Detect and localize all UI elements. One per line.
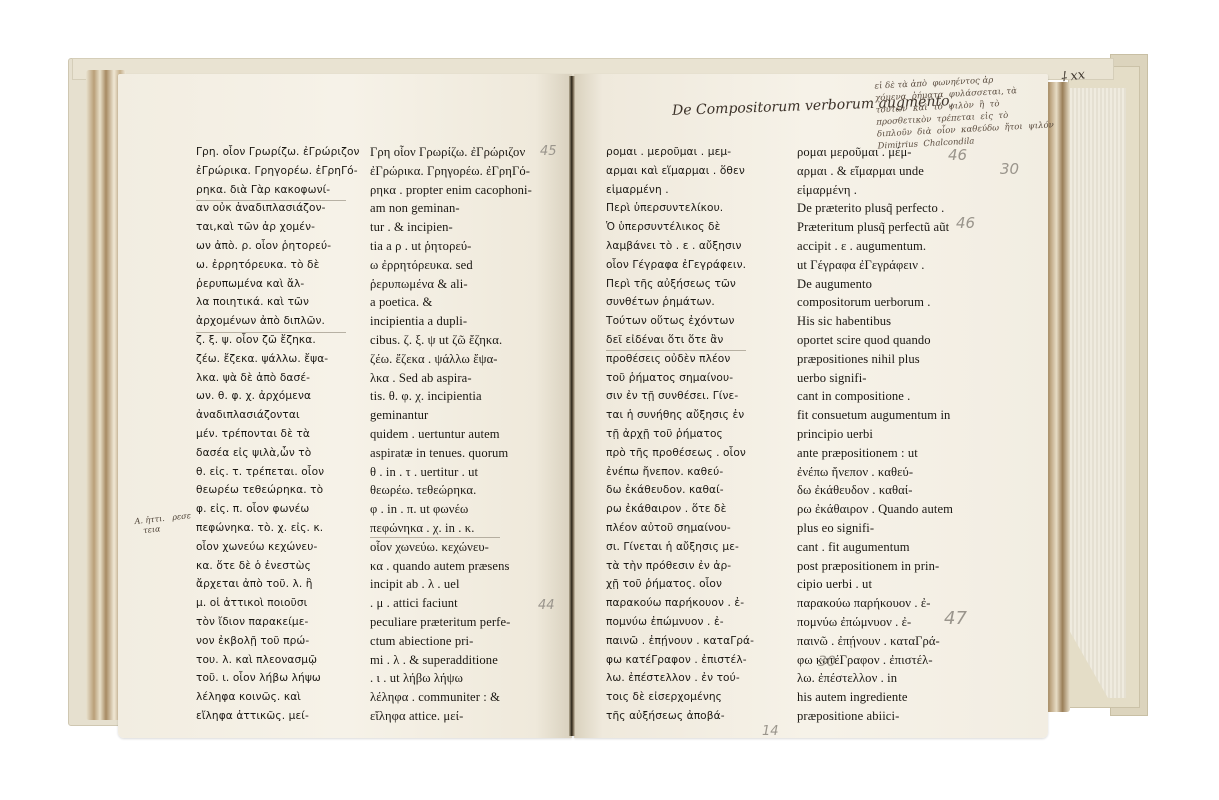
text-line: ω. ἐρρητόρευκα. τὸ δὲ xyxy=(196,256,360,275)
text-line: tur . & incipien- xyxy=(370,218,532,237)
pencil-number: 45 xyxy=(540,144,557,159)
text-line: De præterito plusq̃ perfecto . xyxy=(797,199,953,218)
text-line: ut Γέγραφα ἐΓεγράφειν . xyxy=(797,256,953,275)
text-line: παρακούω παρήκουον . ἐ- xyxy=(797,594,953,613)
text-line: θεωρέω. τεθεώρηκα. xyxy=(370,481,532,500)
text-line: ρω ἐκάθαιρον . ὅτε δὲ xyxy=(606,500,754,519)
text-line: λω. ἐπέστελλον . ἐν τού- xyxy=(606,669,754,688)
text-line: θ . in . τ . uertitur . ut xyxy=(370,463,532,482)
reader-underline xyxy=(370,537,500,538)
text-line: præpositione abiici- xyxy=(797,707,953,726)
text-line: tis. θ. φ. χ. incipientia xyxy=(370,387,532,406)
left-page-greek-column: Γρη. οἷον Γρωρίζω. ἐΓρώριζον ἐΓρώρικα. Γ… xyxy=(196,143,360,726)
text-line: his autem ingrediente xyxy=(797,688,953,707)
text-line: εἴληφα attice. μεί- xyxy=(370,707,532,726)
pencil-number: 46 xyxy=(948,146,967,164)
text-line: του. λ. καὶ πλεονασμῷ xyxy=(196,651,360,670)
text-line: incipit ab . λ . uel xyxy=(370,575,532,594)
text-line: λέληφα . communiter : & xyxy=(370,688,532,707)
text-line: λαμβάνει τὸ . ε . αὔξησιν xyxy=(606,237,754,256)
text-line: ζέω. ἔζεκα . ψάλλω ἔψα- xyxy=(370,350,532,369)
text-line: φ. εἰς. π. οἷον φωνέω xyxy=(196,500,360,519)
folder-folded-paper xyxy=(1066,88,1126,698)
text-line: aspiratæ in tenues. quorum xyxy=(370,444,532,463)
text-line: οἷον χωνεύω. κεχώνευ- xyxy=(370,538,532,557)
text-line: πεφώνηκα . χ. in . κ. xyxy=(370,519,532,538)
text-line: post præpositionem in prin- xyxy=(797,557,953,576)
text-line: νον ἐκβολῇ τοῦ πρώ- xyxy=(196,632,360,651)
text-line: εἱμαρμένη . xyxy=(606,181,754,200)
reader-underline xyxy=(196,332,346,333)
text-line: ται,καὶ τῶν ἀρ χομέν- xyxy=(196,218,360,237)
text-line: τοῦ ῥήματος σημαίνου- xyxy=(606,369,754,388)
text-line: ων ἀπὸ. ρ. οἷον ῥητορεύ- xyxy=(196,237,360,256)
text-line: δω ἐκάθευδον . καθαί- xyxy=(797,481,953,500)
text-line: cibus. ζ. ξ. ψ ut ζῶ ἔζηκα. xyxy=(370,331,532,350)
text-line: cant in compositione . xyxy=(797,387,953,406)
corner-mark: ⸸ xx xyxy=(1059,64,1086,85)
text-line: Γρη οἷον Γρωρίζω. ἐΓρώριζον xyxy=(370,143,532,162)
text-line: εἱμαρμένη . xyxy=(797,181,953,200)
text-line: ρηκα. διὰ Γὰρ κακοφωνί- xyxy=(196,181,360,200)
text-line: cant . fit augumentum xyxy=(797,538,953,557)
text-line: ω ἐρρητόρευκα. sed xyxy=(370,256,532,275)
reader-underline xyxy=(196,200,346,201)
text-line: λκα . Sed ab aspira- xyxy=(370,369,532,388)
text-line: His sic habentibus xyxy=(797,312,953,331)
text-line: δεῖ εἰδέναι ὅτι ὅτε ἂν xyxy=(606,331,754,350)
text-line: πομνύω ἐπώμνυον . ἐ- xyxy=(606,613,754,632)
text-line: ων. θ. φ. χ. ἀρχόμενα xyxy=(196,387,360,406)
text-line: accipit . ε . augumentum. xyxy=(797,237,953,256)
text-line: ante præpositionem : ut xyxy=(797,444,953,463)
text-line: Περὶ ὑπερσυντελίκου. xyxy=(606,199,754,218)
text-line: θεωρέω τεθεώρηκα. τὸ xyxy=(196,481,360,500)
left-page-latin-column: Γρη οἷον Γρωρίζω. ἐΓρώριζον ἐΓρώρικα. Γρ… xyxy=(370,143,532,726)
text-line: φω κατέΓραφον . ἐπιστέλ- xyxy=(606,651,754,670)
text-line: incipientia a dupli- xyxy=(370,312,532,331)
text-line: οἷον Γέγραφα ἐΓεγράφειν. xyxy=(606,256,754,275)
text-line: εἴληφα ἀττικῶς. μεί- xyxy=(196,707,360,726)
text-line: ἐνέπω ἤνεπον. καθεύ- xyxy=(606,463,754,482)
text-line: παινῶ . ἐπῄνουν . καταΓρά- xyxy=(606,632,754,651)
text-line: ζ. ξ. ψ. οἷον ζῶ ἔζηκα. xyxy=(196,331,360,350)
text-line: χῇ τοῦ ῥήματος. οἷον xyxy=(606,575,754,594)
text-line: συνθέτων ῥημάτων. xyxy=(606,293,754,312)
pencil-number: 44 xyxy=(538,598,555,613)
text-line: ῥερυπωμένα & ali- xyxy=(370,275,532,294)
text-line: σιν ἐν τῇ συνθέσει. Γίνε- xyxy=(606,387,754,406)
text-line: ται ἡ συνήθης αὔξησις ἐν xyxy=(606,406,754,425)
text-line: τοῦ. ι. οἷον λήβω λήψω xyxy=(196,669,360,688)
text-line: λα ποιητικά. καὶ τῶν xyxy=(196,293,360,312)
text-line: παινῶ . ἐπῄνουν . καταΓρά- xyxy=(797,632,953,651)
text-line: quidem . uertuntur autem xyxy=(370,425,532,444)
text-line: ῥερυπωμένα καὶ ἄλ- xyxy=(196,275,360,294)
pencil-number: 30 xyxy=(1000,160,1019,178)
text-line: am non geminan- xyxy=(370,199,532,218)
text-line: δασέα εἰς ψιλὰ,ὧν τὸ xyxy=(196,444,360,463)
text-line: προθέσεις οὐδὲν πλέον xyxy=(606,350,754,369)
text-line: ἀρχομένων ἀπὸ διπλῶν. xyxy=(196,312,360,331)
text-line: παρακούω παρήκουον . ἐ- xyxy=(606,594,754,613)
text-line: tia a ρ . ut ῥητορεύ- xyxy=(370,237,532,256)
text-line: αν οὐκ ἀναδιπλασιάζον- xyxy=(196,199,360,218)
text-line: ctum abiectione pri- xyxy=(370,632,532,651)
text-line: τῇ ἀρχῇ τοῦ ῥήματος xyxy=(606,425,754,444)
text-line: τὸν ἴδιον παρακείμε- xyxy=(196,613,360,632)
text-line: λκα. ψὰ δὲ ἀπὸ δασέ- xyxy=(196,369,360,388)
text-line: μ. οἱ ἀττικοὶ ποιοῦσι xyxy=(196,594,360,613)
reader-underline xyxy=(606,350,746,351)
text-line: τοις δὲ εἰσερχομένης xyxy=(606,688,754,707)
text-line: ρω ἐκάθαιρον . Quando autem xyxy=(797,500,953,519)
text-line: τὰ τὴν πρόθεσιν ἐν ἀρ- xyxy=(606,557,754,576)
pencil-number: 47 xyxy=(944,608,967,629)
text-line: oportet scire quod quando xyxy=(797,331,953,350)
text-line: fit consuetum augumentum in xyxy=(797,406,953,425)
text-line: plus eo signifi- xyxy=(797,519,953,538)
text-line: δω ἐκάθευδον. καθαί- xyxy=(606,481,754,500)
text-line: cipio uerbi . ut xyxy=(797,575,953,594)
manuscript-note-top-right: εἰ δὲ τὰ ἀπὸ φωνηέντος ἀρ χόμενα ῥήματα … xyxy=(874,71,1054,152)
text-line: πρὸ τῆς προθέσεως . οἷον xyxy=(606,444,754,463)
text-line: De augumento xyxy=(797,275,953,294)
text-line: πεφώνηκα. τὸ. χ. εἰς. κ. xyxy=(196,519,360,538)
text-line: ζέω. ἔζεκα. ψάλλω. ἔψα- xyxy=(196,350,360,369)
text-line: ἐΓρώρικα. Γρηγορέω. ἐΓρηΓό- xyxy=(196,162,360,181)
text-line: ρηκα . propter enim cacophoni- xyxy=(370,181,532,200)
pencil-number: 46 xyxy=(956,214,975,232)
text-line: præpositiones nihil plus xyxy=(797,350,953,369)
text-line: κα . quando autem præsens xyxy=(370,557,532,576)
text-line: ἄρχεται ἀπὸ τοῦ. λ. ἢ xyxy=(196,575,360,594)
text-line: λω. ἐπέστελλον . in xyxy=(797,669,953,688)
text-line: . μ . attici faciunt xyxy=(370,594,532,613)
text-line: κα. ὅτε δὲ ὁ ἐνεστὼς xyxy=(196,557,360,576)
text-line: Γρη. οἷον Γρωρίζω. ἐΓρώριζον xyxy=(196,143,360,162)
text-line: τῆς αὐξήσεως ἀποβά- xyxy=(606,707,754,726)
text-line: compositorum uerborum . xyxy=(797,293,953,312)
text-line: πομνύω ἐπώμνυον . ἐ- xyxy=(797,613,953,632)
text-line: mi . λ . & superadditione xyxy=(370,651,532,670)
text-line: Præteritum plusq̃ perfectũ aũt xyxy=(797,218,953,237)
text-line: ἀναδιπλασιάζονται xyxy=(196,406,360,425)
text-line: ἐνέπω ἤνεπον . καθεύ- xyxy=(797,463,953,482)
pencil-number: 30 xyxy=(818,654,836,670)
book-gutter xyxy=(569,76,575,736)
text-line: Ὁ ὑπερσυντέλικος δὲ xyxy=(606,218,754,237)
text-line: λέληφα κοινῶς. καὶ xyxy=(196,688,360,707)
text-line: πλέον αὐτοῦ σημαίνου- xyxy=(606,519,754,538)
text-line: . ι . ut λήβω λήψω xyxy=(370,669,532,688)
text-line: οἷον χωνεύω κεχώνευ- xyxy=(196,538,360,557)
text-line: ἐΓρώρικα. Γρηγορέω. ἐΓρηΓό- xyxy=(370,162,532,181)
text-line: σι. Γίνεται ἡ αὔξησις με- xyxy=(606,538,754,557)
text-line: αρμαι καὶ εἵμαρμαι . ὅθεν xyxy=(606,162,754,181)
text-line: φ . in . π. ut φωνέω xyxy=(370,500,532,519)
text-line: μέν. τρέπονται δὲ τὰ xyxy=(196,425,360,444)
right-page-latin-column: ρομαι μεροῦμαι . μέμ- αρμαι . & εἵμαρμαι… xyxy=(797,143,953,726)
text-line: αρμαι . & εἵμαρμαι unde xyxy=(797,162,953,181)
text-line: principio uerbi xyxy=(797,425,953,444)
text-line: uerbo signifi- xyxy=(797,369,953,388)
text-line: peculiare præteritum perfe- xyxy=(370,613,532,632)
text-line: Τούτων οὕτως ἐχόντων xyxy=(606,312,754,331)
text-line: Περὶ τῆς αὐξήσεως τῶν xyxy=(606,275,754,294)
text-line: a poetica. & xyxy=(370,293,532,312)
text-line: ρομαι . μεροῦμαι . μεμ- xyxy=(606,143,754,162)
right-page-greek-column: ρομαι . μεροῦμαι . μεμ- αρμαι καὶ εἵμαρμ… xyxy=(606,143,754,726)
text-line: θ. εἰς. τ. τρέπεται. οἷον xyxy=(196,463,360,482)
text-line: geminantur xyxy=(370,406,532,425)
pencil-number: 14 xyxy=(762,724,779,739)
